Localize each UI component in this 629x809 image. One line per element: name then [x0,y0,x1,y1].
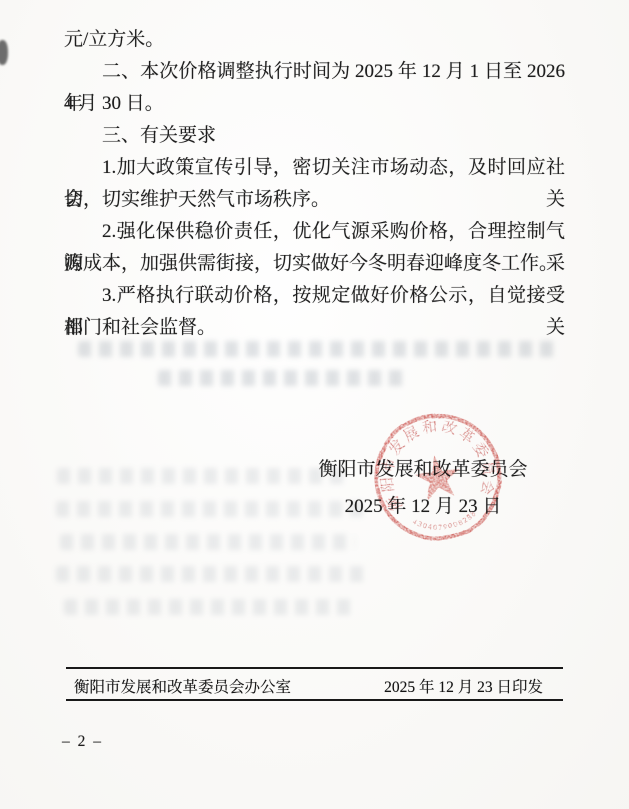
page-number: – 2 – [62,733,103,751]
footer: 衡阳市发展和改革委员会办公室 2025 年 12 月 23 日印发 [74,673,556,698]
body-line: 3.严格执行联动价格，按规定做好价格公示，自觉接受相关 [64,280,565,312]
scan-edge-artifact [0,40,8,65]
body-line: 1.加大政策宣传引导，密切关注市场动态，及时回应社会关 [64,152,565,184]
bleed-through-line [158,370,406,386]
footer-rule-bottom [66,699,563,701]
body-line: 元/立方米。 [64,24,565,56]
body-line: 二、本次价格调整执行时间为 2025 年 12 月 1 日至 2026 年 [64,56,565,88]
bleed-through-line [78,341,556,357]
document-body: 元/立方米。 二、本次价格调整执行时间为 2025 年 12 月 1 日至 20… [64,24,565,344]
body-line: 购成本，加强供需街接，切实做好今冬明春迎峰度冬工作。 [64,248,565,280]
body-line: 4 月 30 日。 [64,88,565,120]
document-page: 元/立方米。 二、本次价格调整执行时间为 2025 年 12 月 1 日至 20… [0,0,629,809]
footer-office: 衡阳市发展和改革委员会办公室 [74,675,291,697]
footer-rule-top [66,667,563,669]
official-seal-stamp: 衡阳市发展和改革委员会 4304079008288 [363,403,512,552]
seal-star-icon [413,453,463,501]
bleed-through-line [60,534,355,550]
bleed-through-line [64,599,354,615]
bleed-through-line [56,566,368,582]
body-line: 2.强化保供稳价责任，优化气源采购价格，合理控制气源采 [64,216,565,248]
footer-print-date: 2025 年 12 月 23 日印发 [384,675,543,697]
body-line: 三、有关要求 [64,120,565,152]
